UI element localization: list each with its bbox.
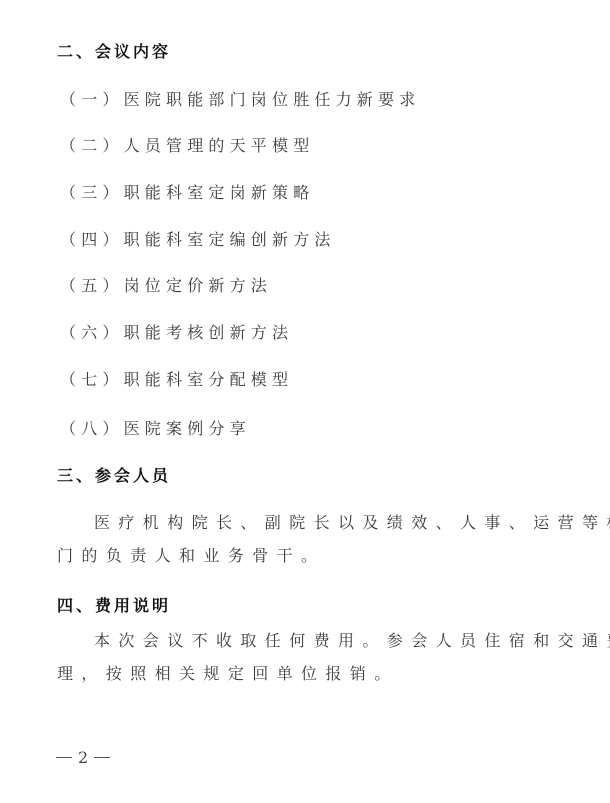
paragraph-line: 门的负责人和业务骨干。	[57, 546, 325, 566]
list-item: （四）职能科室定编创新方法	[60, 230, 336, 250]
section-heading-fees: 四、费用说明	[57, 596, 171, 616]
paragraph-line: 本次会议不收取任何费用。参会人员住宿和交通费用自	[94, 631, 610, 651]
page-number: 2	[78, 748, 88, 767]
list-item: （三）职能科室定岗新策略	[60, 183, 314, 203]
list-item: （六）职能考核创新方法	[60, 323, 293, 343]
dash-right-icon	[94, 757, 110, 758]
list-item: （二）人员管理的天平模型	[60, 136, 314, 156]
dash-left-icon	[56, 757, 72, 758]
list-item: （一）医院职能部门岗位胜任力新要求	[60, 90, 420, 110]
page-number-footer: 2	[56, 748, 110, 767]
list-item: （八）医院案例分享	[60, 419, 251, 439]
list-item: （五）岗位定价新方法	[60, 276, 272, 296]
section-heading-meeting-content: 二、会议内容	[57, 42, 171, 62]
paragraph-line: 医疗机构院长、副院长以及绩效、人事、运营等相关部	[94, 513, 610, 533]
list-item: （七）职能科室分配模型	[60, 370, 293, 390]
paragraph-line: 理，按照相关规定回单位报销。	[57, 664, 399, 684]
section-heading-attendees: 三、参会人员	[57, 466, 171, 486]
